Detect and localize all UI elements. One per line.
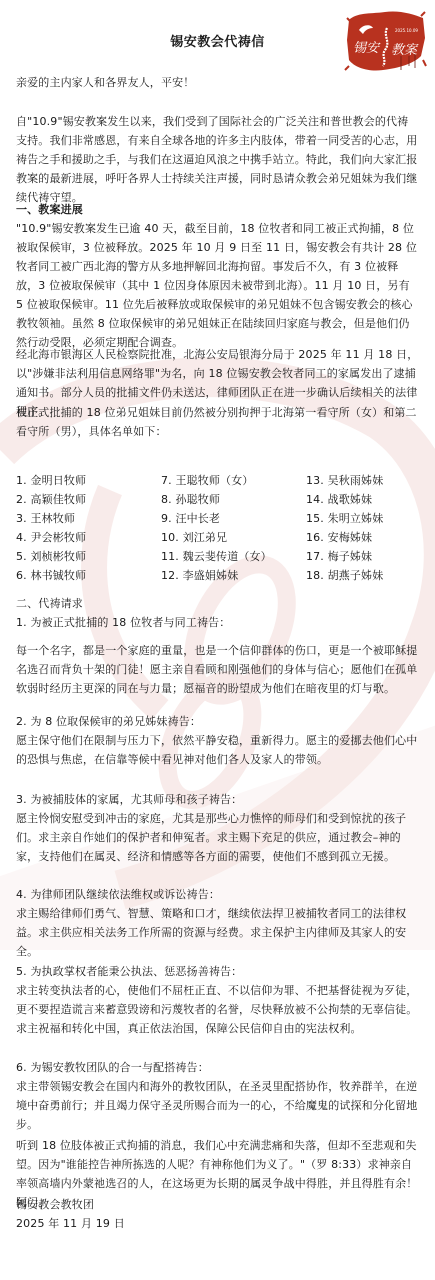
detainee-item: 1. 金明日牧师 [16,471,161,490]
prayer-item-6-title: 6. 为锡安教牧团队的合一与配搭祷告： [16,1058,419,1077]
prayer-item-4-body: 求主赐给律师们勇气、智慧、策略和口才，继续依法捍卫被捕牧者同工的法律权益。求主供… [16,904,419,961]
detainee-item: 2. 高颖佳牧师 [16,490,161,509]
logo-text-left: 锡安 [353,41,381,56]
detainee-item: 10. 刘江弟兄 [161,528,306,547]
prayer-item-4-title: 4. 为律师团队继续依法维权或诉讼祷告： [16,885,419,904]
greeting: 亲爱的主内家人和各界友人，平安！ [16,73,419,92]
logo-date: 2025.10.09 [395,28,418,33]
detainee-item: 6. 林书铖牧师 [16,566,161,585]
prayer-item-3-title: 3. 为被捕肢体的家属，尤其师母和孩子祷告： [16,790,419,809]
signature-org: 锡安教会教牧团 [16,1195,419,1214]
prayer-item-6-body: 求主带领锡安教会在国内和海外的教牧团队，在圣灵里配搭协作，牧养群羊，在逆境中奋勇… [16,1077,419,1134]
detainee-item: 9. 汪中长老 [161,509,306,528]
detainee-item: 17. 梅子姊妹 [306,547,421,566]
detainee-item: 4. 尹会彬牧师 [16,528,161,547]
prayer-item-5-body: 求主转变执法者的心，使他们不屈枉正直、不以信仰为罪、不把基督徒视为歹徒，更不要捏… [16,981,419,1038]
detention-paragraph: 被正式批捕的 18 位弟兄姐妹目前仍然被分别拘押于北海第一看守所（女）和第二看守… [16,403,419,441]
detainee-item: 16. 安梅姊妹 [306,528,421,547]
prayer-item-5-title: 5. 为执政掌权者能秉公执法、惩恶扬善祷告： [16,962,419,981]
detainee-item: 13. 吴秋雨姊妹 [306,471,421,490]
section2-heading: 二、代祷请求 [16,594,419,613]
prayer-item-2-body: 愿主保守他们在限制与压力下，依然平静安稳，重新得力。愿主的爱挪去他们心中的恐惧与… [16,731,419,769]
detainee-item: 7. 王聪牧师（女） [161,471,306,490]
prayer-item-1-title: 1. 为被正式批捕的 18 位牧者与同工祷告： [16,613,419,632]
prayer-item-1-body: 每一个名字，都是一个家庭的重量，也是一个信仰群体的伤口，更是一个被耶稣提名选召而… [16,641,419,698]
intro-paragraph: 自"10.9"锡安教案发生以来，我们受到了国际社会的广泛关注和普世教会的代祷支持… [16,112,419,207]
detainee-item: 18. 胡燕子姊妹 [306,566,421,585]
detainee-item: 5. 刘桢彬牧师 [16,547,161,566]
zion-case-logo: 锡安 教案 2025.10.09 [343,8,427,76]
prayer-item-2-title: 2. 为 8 位取保候审的弟兄姊妹祷告： [16,712,419,731]
detainee-item: 8. 孙聪牧师 [161,490,306,509]
detainee-item: 11. 魏云斐传道（女） [161,547,306,566]
detainee-item: 14. 战歌姊妹 [306,490,421,509]
detainee-item: 3. 王林牧师 [16,509,161,528]
section1-heading: 一、教案进展 [16,200,419,219]
prayer-item-3-body: 愿主怜悯安慰受到冲击的家庭，尤其是那些心力憔悴的师母们和受到惊扰的孩子们。求主亲… [16,809,419,866]
progress-paragraph: "10.9"锡安教案发生已逾 40 天，截至目前，18 位牧者和同工被正式拘捕，… [16,219,419,352]
detainee-list: 1. 金明日牧师 7. 王聪牧师（女） 13. 吴秋雨姊妹 2. 高颖佳牧师 8… [16,471,419,585]
detainee-item: 15. 朱明立姊妹 [306,509,421,528]
detainee-item: 12. 李盛娟姊妹 [161,566,306,585]
signature-date: 2025 年 11 月 19 日 [16,1214,419,1233]
